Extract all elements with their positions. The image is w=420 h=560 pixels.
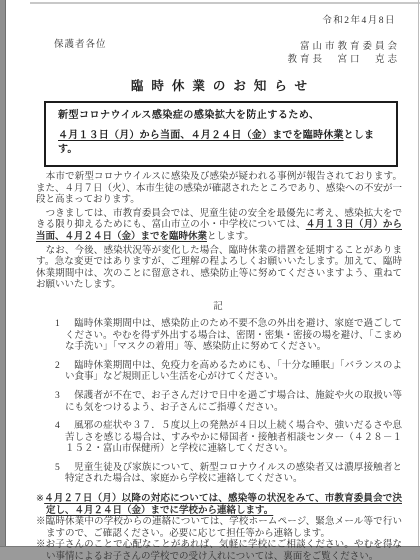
footnote-3: ※お子さんのことで心配なことがあれば、気軽に学校にご相談ください。やむを得ない事… xyxy=(36,540,402,560)
body-paragraph-3: なお、今後、感染状況等が変化した場合、臨時休業の措置を延期することがあります。急… xyxy=(36,246,402,292)
document-page: 令和2年4月8日 保護者各位 富山市教育委員会 教育長 宮口 克志 臨時休業のお… xyxy=(6,4,417,547)
scan-edge-right xyxy=(418,0,419,560)
footnote-2-text: 臨時休業中の学校からの連絡については、学校ホームページ、緊急メール等で行いますの… xyxy=(46,517,402,539)
document-title: 臨時休業のお知らせ xyxy=(36,76,402,94)
list-item-1-text: 臨時休業期間中は、感染防止のため不要不急の外出を避け、家庭で過ごしてください。や… xyxy=(65,319,402,352)
list-item-3-number: 3 xyxy=(55,391,64,403)
list-item-2-text: 臨時休業期間中は、免疫力を高めるためにも、「十分な睡眠」「バランスのよい食事」な… xyxy=(65,361,402,383)
footnote-1-marker: ※ xyxy=(36,494,44,504)
list-item-3: 3保護者が不在で、お子さんだけで日中を過ごす場合は、施錠や火の取扱い等にも気をつ… xyxy=(36,391,402,414)
footnote-3-text: お子さんのことで心配なことがあれば、気軽に学校にご相談ください。やむを得ない事情… xyxy=(46,540,402,560)
list-item-4-text: 風邪の症状や３７．５度以上の発熱が４日以上続く場合や、強いだるさや息苦しさを感じ… xyxy=(65,421,402,454)
sender-person: 教育長 宮口 克志 xyxy=(287,54,400,67)
footnote-3-marker: ※ xyxy=(36,540,46,550)
footnote-1-text: ４月２７日（月）以降の対応については、感染等の状況をみて、市教育委員会で決定し、… xyxy=(44,494,402,516)
notice-box-line2: ４月１３日（月）から当面、４月２４日（金）までを臨時休業とします。 xyxy=(58,129,388,157)
list-item-1-number: 1 xyxy=(55,319,64,331)
list-item-5-text: 児童生徒及び家族について、新型コロナウイルスの感染者又は濃厚接触者と特定された場… xyxy=(65,463,402,485)
footnote-2: ※臨時休業中の学校からの連絡については、学校ホームページ、緊急メール等で行います… xyxy=(36,517,402,540)
list-item-4: 4風邪の症状や３７．５度以上の発熱が４日以上続く場合や、強いだるさや息苦しさを感… xyxy=(36,421,402,456)
notice-box: 新型コロナウイルス感染症の感染拡大を防止するため、 ４月１３日（月）から当面、４… xyxy=(44,101,398,167)
list-item-2-number: 2 xyxy=(55,361,64,373)
body-paragraph-1: 本市で新型コロナウイルスに感染及び感染が疑われる事例が報告されております。また、… xyxy=(36,172,402,207)
body-paragraph-2-tail: とします。 xyxy=(207,232,254,242)
document-date: 令和2年4月8日 xyxy=(36,12,402,26)
footnote-1: ※４月２７日（月）以降の対応については、感染等の状況をみて、市教育委員会で決定し… xyxy=(36,494,402,517)
list-item-5-number: 5 xyxy=(55,463,64,475)
list-item-1: 1臨時休業期間中は、感染防止のため不要不急の外出を避け、家庭で過ごしてください。… xyxy=(36,319,402,354)
address-row: 保護者各位 富山市教育委員会 教育長 宮口 克志 xyxy=(36,36,402,67)
recipient-label: 保護者各位 xyxy=(36,36,107,50)
sender-organization: 富山市教育委員会 xyxy=(287,41,400,54)
notice-box-line1: 新型コロナウイルス感染症の感染拡大を防止するため、 xyxy=(58,109,388,123)
list-item-5: 5児童生徒及び家族について、新型コロナウイルスの感染者又は濃厚接触者と特定された… xyxy=(36,463,402,486)
list-item-3-text: 保護者が不在で、お子さんだけで日中を過ごす場合は、施錠や火の取扱い等にも気をつけ… xyxy=(65,391,402,413)
notice-box-line2-underlined: ４月１３日（月）から当面、４月２４日（金）までを臨時休業 xyxy=(58,130,344,141)
list-item-4-number: 4 xyxy=(55,421,64,433)
footnote-2-marker: ※ xyxy=(36,517,46,527)
footnotes: ※４月２７日（月）以降の対応については、感染等の状況をみて、市教育委員会で決定し… xyxy=(36,494,402,560)
body-paragraph-2: つきましては、市教育委員会では、児童生徒の安全を最優先に考え、感染拡大をできる限… xyxy=(36,209,402,244)
ki-separator-label: 記 xyxy=(36,298,402,312)
list-item-2: 2臨時休業期間中は、免疫力を高めるためにも、「十分な睡眠」「バランスのよい食事」… xyxy=(36,361,402,384)
sender-block: 富山市教育委員会 教育長 宮口 克志 xyxy=(287,41,402,67)
